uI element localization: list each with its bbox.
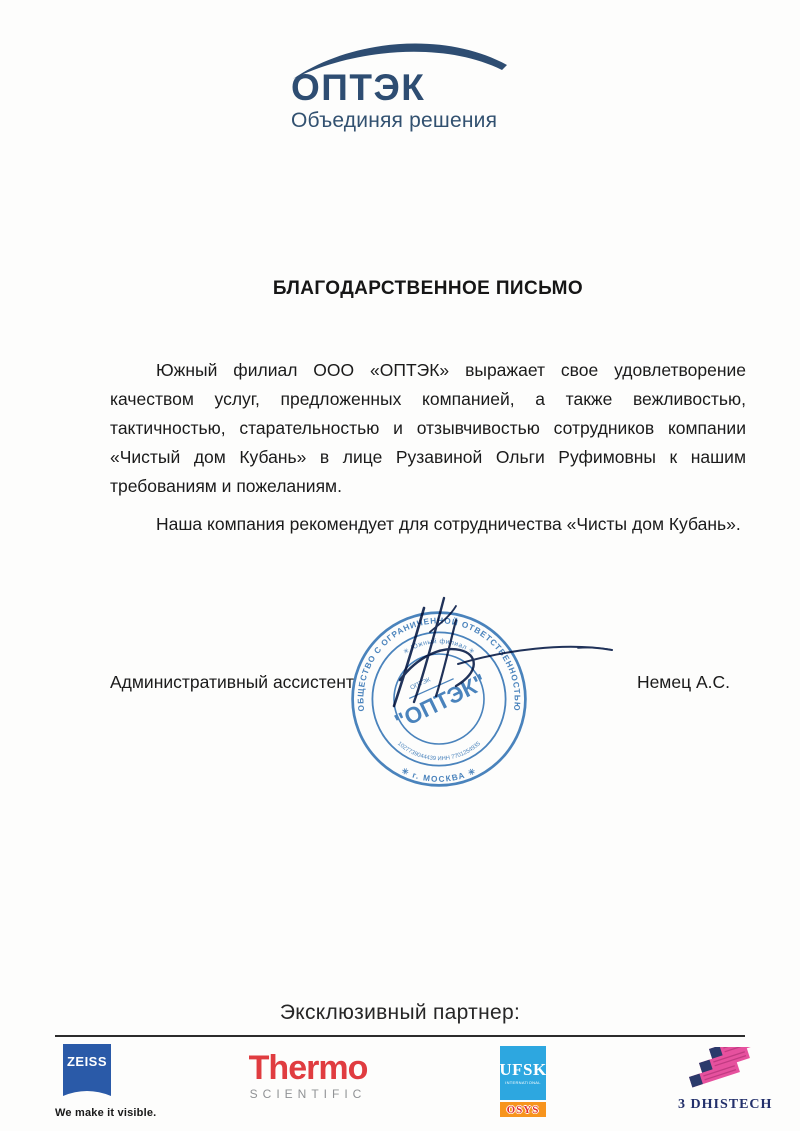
body-paragraph-1: Южный филиал ООО «ОПТЭК» выражает свое у…: [110, 356, 746, 501]
zeiss-tagline: We make it visible.: [55, 1107, 183, 1119]
body-paragraph-2: Наша компания рекомендует для сотрудниче…: [110, 510, 746, 539]
thermo-logo: Thermo SCIENTIFIC: [233, 1051, 383, 1101]
dhistech-slides-icon: [683, 1047, 763, 1091]
letter-title: БЛАГОДАРСТВЕННОЕ ПИСЬМО: [110, 278, 746, 300]
zeiss-pennant-icon: ZEISS: [63, 1044, 111, 1098]
signer-name: Немец А.С.: [637, 672, 730, 693]
scanned-letter-page: ОПТЭК Объединяя решения БЛАГОДАРСТВЕННОЕ…: [0, 0, 800, 1131]
zeiss-logo: ZEISS We make it visible.: [63, 1044, 183, 1119]
signer-role: Административный ассистент: [110, 672, 354, 693]
letter-body: Южный филиал ООО «ОПТЭК» выражает свое у…: [110, 356, 746, 539]
partner-heading: Эксклюзивный партнер:: [0, 1001, 800, 1025]
thermo-subtext: SCIENTIFIC: [233, 1087, 383, 1101]
handwritten-signature: [338, 592, 630, 738]
brand-tagline: Объединяя решения: [291, 109, 511, 133]
dhistech-logo: 3 DHISTECH: [678, 1047, 768, 1113]
partner-divider: [55, 1035, 745, 1037]
osys-badge: OSYS: [500, 1102, 546, 1117]
thermo-wordmark: Thermo: [233, 1051, 383, 1085]
ufsk-subtext: INTERNATIONAL: [505, 1080, 541, 1085]
dhistech-wordmark: 3 DHISTECH: [678, 1097, 768, 1113]
ufsk-box: UFSK INTERNATIONAL: [500, 1046, 546, 1100]
ufsk-logo: UFSK INTERNATIONAL OSYS: [500, 1046, 546, 1117]
ufsk-wordmark: UFSK: [499, 1061, 546, 1078]
company-logo: ОПТЭК Объединяя решения: [291, 33, 511, 133]
zeiss-wordmark: ZEISS: [67, 1054, 107, 1069]
brand-name: ОПТЭК: [291, 69, 511, 106]
